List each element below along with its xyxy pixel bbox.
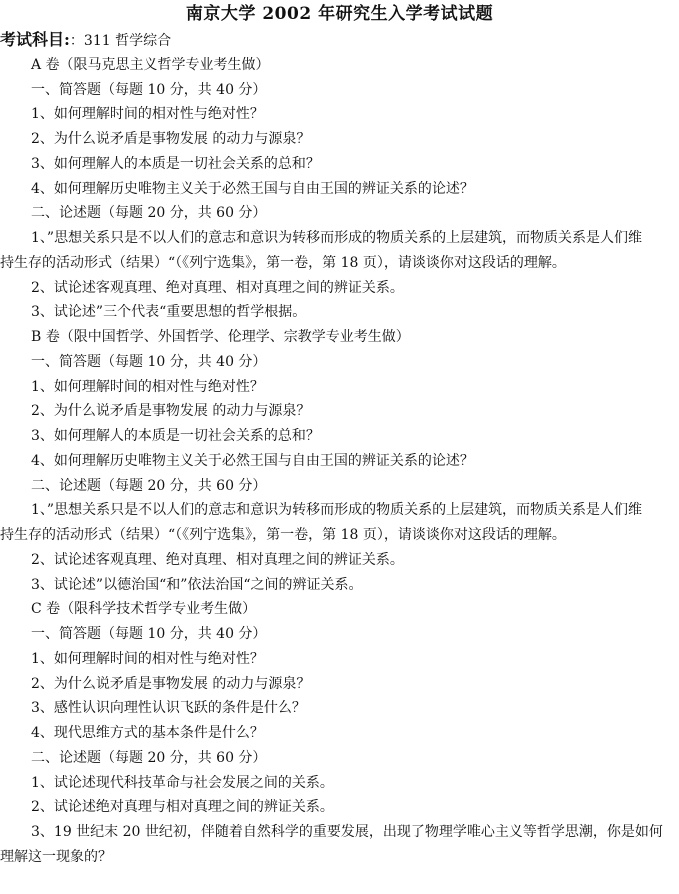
essay-heading: 二、论述题（每题 20 分，共 60 分） xyxy=(0,201,679,226)
question: 4、现代思维方式的基本条件是什么？ xyxy=(0,721,679,746)
section-a-heading: A 卷（限马克思主义哲学专业考生做） xyxy=(0,53,679,78)
essay-heading: 二、论述题（每题 20 分，共 60 分） xyxy=(0,474,679,499)
question: 2、试论述绝对真理与相对真理之间的辨证关系。 xyxy=(0,795,679,820)
question: 3、感性认识向理性认识飞跃的条件是什么？ xyxy=(0,696,679,721)
question: 3、如何理解人的本质是一切社会关系的总和？ xyxy=(0,424,679,449)
question: 3、试论述”以德治国“和”依法治国“之间的辨证关系。 xyxy=(0,573,679,598)
document-body: 考试科目:：311 哲学综合 A 卷（限马克思主义哲学专业考生做） 一、简答题（… xyxy=(0,28,679,870)
question-continuation: 持生存的活动形式（结果）“（《列宁选集》，第一卷，第 18 页），请谈谈你对这段… xyxy=(0,523,679,548)
question: 1、”思想关系只是不以人们的意志和意识为转移而形成的物质关系的上层建筑，而物质关… xyxy=(0,498,679,523)
question: 3、如何理解人的本质是一切社会关系的总和？ xyxy=(0,152,679,177)
question: 3、19 世纪末 20 世纪初，伴随着自然科学的重要发展，出现了物理学唯心主义等… xyxy=(0,820,679,845)
question: 1、如何理解时间的相对性与绝对性？ xyxy=(0,375,679,400)
section-c-heading: C 卷（限科学技术哲学专业考生做） xyxy=(0,597,679,622)
question-continuation: 理解这一现象的？ xyxy=(0,845,679,870)
question: 3、试论述”三个代表“重要思想的哲学根据。 xyxy=(0,300,679,325)
section-b-heading: B 卷（限中国哲学、外国哲学、伦理学、宗教学专业考生做） xyxy=(0,325,679,350)
question: 1、试论述现代科技革命与社会发展之间的关系。 xyxy=(0,771,679,796)
question: 4、如何理解历史唯物主义关于必然王国与自由王国的辨证关系的论述？ xyxy=(0,177,679,202)
question: 2、为什么说矛盾是事物发展 的动力与源泉？ xyxy=(0,127,679,152)
question-continuation: 持生存的活动形式（结果）“（《列宁选集》，第一卷，第 18 页），请谈谈你对这段… xyxy=(0,251,679,276)
question: 1、如何理解时间的相对性与绝对性？ xyxy=(0,102,679,127)
question: 2、试论述客观真理、绝对真理、相对真理之间的辨证关系。 xyxy=(0,276,679,301)
subject-label: 考试科目: xyxy=(0,30,70,49)
question: 1、如何理解时间的相对性与绝对性？ xyxy=(0,647,679,672)
question: 2、为什么说矛盾是事物发展 的动力与源泉？ xyxy=(0,672,679,697)
question: 4、如何理解历史唯物主义关于必然王国与自由王国的辨证关系的论述？ xyxy=(0,449,679,474)
subject-value: ：311 哲学综合 xyxy=(70,33,171,49)
short-answer-heading: 一、简答题（每题 10 分，共 40 分） xyxy=(0,622,679,647)
question: 1、”思想关系只是不以人们的意志和意识为转移而形成的物质关系的上层建筑，而物质关… xyxy=(0,226,679,251)
short-answer-heading: 一、简答题（每题 10 分，共 40 分） xyxy=(0,350,679,375)
question: 2、为什么说矛盾是事物发展 的动力与源泉？ xyxy=(0,399,679,424)
subject-line: 考试科目:：311 哲学综合 xyxy=(0,28,679,53)
short-answer-heading: 一、简答题（每题 10 分，共 40 分） xyxy=(0,78,679,103)
question: 2、试论述客观真理、绝对真理、相对真理之间的辨证关系。 xyxy=(0,548,679,573)
document-title: 南京大学 2002 年研究生入学考试试题 xyxy=(0,2,679,26)
essay-heading: 二、论述题（每题 20 分，共 60 分） xyxy=(0,746,679,771)
